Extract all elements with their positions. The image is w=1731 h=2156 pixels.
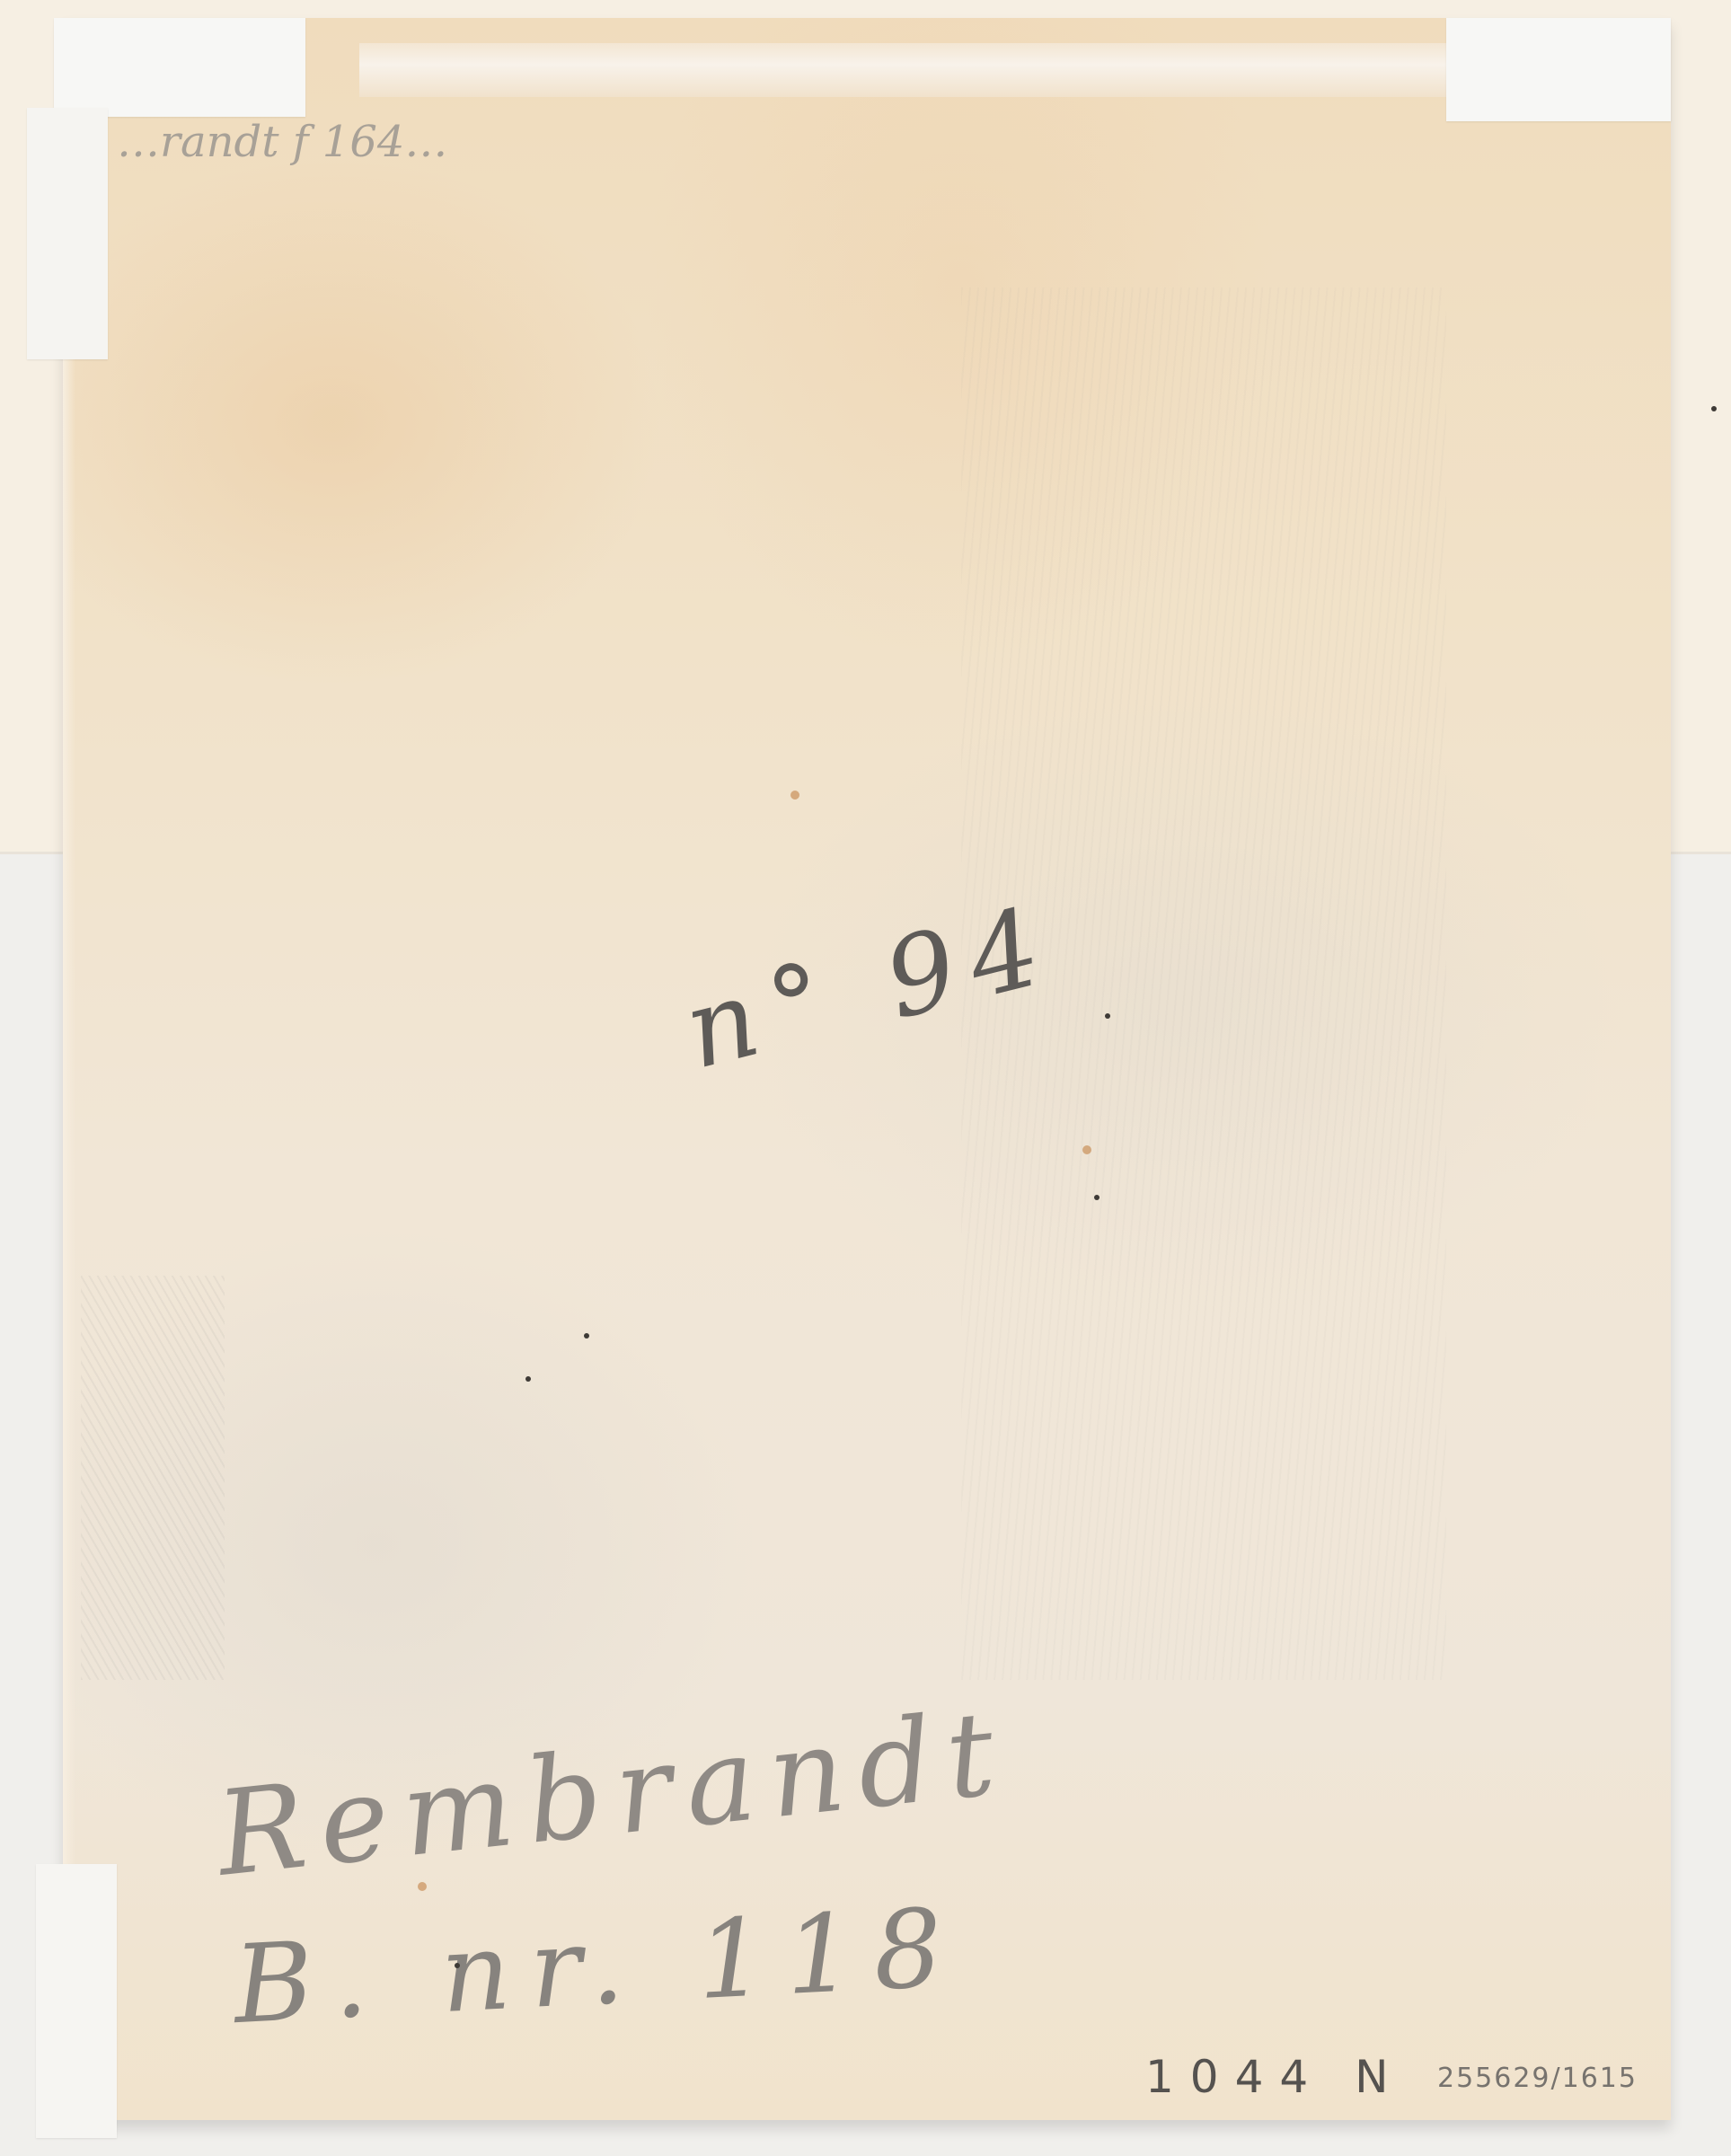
foxing-spot (790, 791, 799, 800)
ink-speck (455, 1963, 460, 1968)
ink-speck (525, 1376, 531, 1382)
tape-top-left (54, 18, 305, 117)
ink-speck (1711, 406, 1717, 411)
ink-speck (1094, 1195, 1100, 1200)
inscription-accession-number: 255629/1615 (1437, 2063, 1638, 2094)
inscription-inventory: 1044 N (1145, 2051, 1405, 2103)
tape-left-top (27, 108, 108, 359)
ink-speck (584, 1333, 589, 1339)
ink-speck (1105, 1013, 1110, 1019)
top-hinge-strip (359, 43, 1527, 97)
inscription-top-left: …randt f 164… (117, 117, 447, 167)
tape-top-right (1446, 18, 1671, 121)
foxing-spot (1082, 1145, 1091, 1154)
tape-left-bottom (36, 1864, 117, 2138)
foxing-spot (418, 1882, 427, 1891)
show-through-hatching (81, 1276, 225, 1680)
